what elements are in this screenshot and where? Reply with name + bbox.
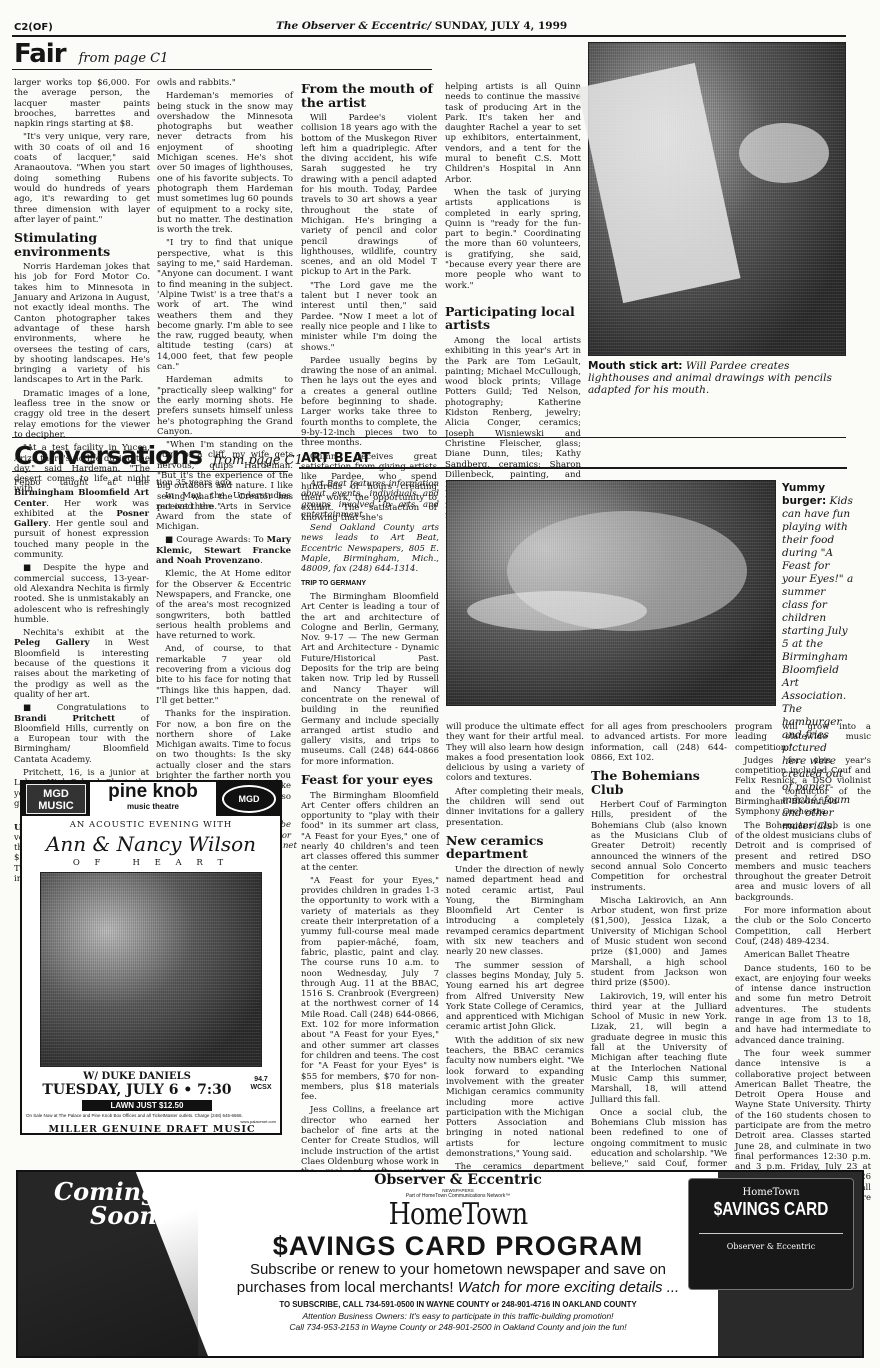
- paragraph: "It's very unique, very rare, with 30 co…: [14, 132, 150, 225]
- paragraph: The Bohemians Club is one of the oldest …: [735, 821, 871, 903]
- plate-shape: [467, 591, 647, 631]
- drawing-paper-shape: [577, 63, 740, 303]
- subhead-bohemians-club: The Bohemians Club: [591, 769, 727, 796]
- savings-center: Observer & Eccentric NEWSPAPERS Part of …: [208, 1172, 708, 1333]
- subhead-trip-to-germany: TRIP TO GERMANY: [301, 579, 439, 589]
- subscribe-line-1: Subscribe or renew to your hometown news…: [208, 1261, 708, 1279]
- conversations-header-rule: [12, 471, 288, 472]
- card-signature-line: [699, 1228, 843, 1234]
- hometown-logo: HomeTown: [246, 1199, 671, 1231]
- paragraph: Judges for this year's competition inclu…: [735, 756, 871, 818]
- art-beat-column-2: will produce the ultimate effect they wa…: [446, 722, 584, 1206]
- subhead-mouth-of-artist: From the mouth of the artist: [301, 82, 437, 109]
- conversations-from-page: from page C1: [213, 453, 303, 468]
- paragraph: Lakirovich, 19, will enter his third yea…: [591, 992, 727, 1105]
- subscribe-line-2: purchases from local merchants! Watch fo…: [208, 1279, 708, 1297]
- paragraph: For more information about the club or t…: [735, 906, 871, 947]
- mgd-circle-logo: MGD: [222, 785, 276, 813]
- art-beat-send-leads: Send Oakland County arts news leads to A…: [301, 523, 439, 574]
- paragraph: Dance students, 160 to be exact, are enj…: [735, 964, 871, 1046]
- art-beat-rule: [299, 467, 847, 469]
- paragraph: Under the direction of newly named depar…: [446, 865, 584, 958]
- paragraph: Hardeman admits to "practically sleep wa…: [157, 375, 293, 437]
- mgd-music-logo: MGD MUSICPRODUCTIONS: [26, 784, 86, 814]
- pardee-photo-caption: Mouth stick art: Will Pardee creates lig…: [588, 360, 850, 396]
- fair-header: Fair from page C1: [14, 39, 168, 69]
- business-owners-line-1: Attention Business Owners: It's easy to …: [208, 1311, 708, 1322]
- subhead-american-ballet-theatre: American Ballet Theatre: [735, 950, 871, 960]
- burger-photo: [446, 480, 776, 706]
- ad-date-time: TUESDAY, JULY 6 • 7:30: [22, 1082, 252, 1098]
- paragraph: Mischa Lakirovich, an Ann Arbor student,…: [591, 896, 727, 989]
- savings-card-image: HomeTown $AVINGS CARD Observer & Eccentr…: [688, 1178, 854, 1290]
- pine-knob-logo: pine knob music theatre: [90, 782, 216, 816]
- savings-program-title: $AVINGS CARD PROGRAM: [208, 1231, 708, 1261]
- caption-lead: Yummy burger:: [782, 482, 826, 507]
- paragraph: larger works top $6,000. For the average…: [14, 78, 150, 129]
- paragraph: "The Lord gave me the talent but I never…: [301, 281, 437, 353]
- page-number: C2(OF): [14, 22, 53, 33]
- ad-intro: AN ACOUSTIC EVENING WITH: [22, 820, 280, 830]
- lawn-price-banner: LAWN JUST $12.50: [82, 1100, 212, 1111]
- ad-opener: W/ DUKE DANIELS: [22, 1071, 252, 1082]
- paragraph: for all ages from preschoolers to advanc…: [591, 722, 727, 763]
- ad-band-name: O F H E A R T: [22, 858, 280, 868]
- paragraph: When the task of jurying artists applica…: [445, 188, 581, 291]
- issue-date: SUNDAY, JULY 4, 1999: [435, 20, 567, 32]
- masthead-paper: The Observer & Eccentric/ SUNDAY, JULY 4…: [276, 20, 567, 32]
- paragraph: With the addition of six new teachers, t…: [446, 1036, 584, 1160]
- face-highlight-shape: [739, 123, 829, 183]
- card-brand: Observer & Eccentric: [689, 1242, 853, 1251]
- conversations-header: Conversations from page C1: [14, 441, 303, 471]
- paragraph: In May, the Understudies received the Ar…: [156, 491, 291, 532]
- paragraph: Nechita's exhibit at the Peleg Gallery i…: [14, 628, 149, 700]
- paragraph: Hardeman's memories of being stuck in th…: [157, 91, 293, 235]
- subscribe-phone-numbers: TO SUBSCRIBE, CALL 734-591-0500 IN WAYNE…: [228, 1297, 688, 1311]
- observer-eccentric-logo: Observer & Eccentric: [208, 1172, 708, 1188]
- art-beat-column-3: for all ages from preschoolers to advanc…: [591, 722, 727, 1234]
- subhead-local-artists: Participating local artists: [445, 305, 581, 332]
- paragraph: Herbert Couf of Farmington Hills, presid…: [591, 800, 727, 893]
- art-beat-column-1: Art Beat features information about even…: [301, 479, 439, 1256]
- paragraph: The summer session of classes begins Mon…: [446, 961, 584, 1033]
- fair-column-1: larger works top $6,000. For the average…: [14, 78, 150, 498]
- paragraph: helping artists is all Quinn needs to co…: [445, 82, 581, 185]
- paragraph: Dramatic images of a lone, leafless tree…: [14, 389, 150, 440]
- art-beat-column-4: program will grow into a leading statewi…: [735, 722, 871, 1217]
- wilson-sisters-photo: [40, 872, 262, 1067]
- subhead-stimulating-environments: Stimulating environments: [14, 231, 150, 258]
- paragraph: Pardee usually begins by drawing the nos…: [301, 356, 437, 449]
- subhead-feast-for-your-eyes: Feast for your eyes: [301, 773, 439, 787]
- art-beat-intro: Art Beat features information about even…: [301, 479, 439, 520]
- card-hometown: HomeTown: [689, 1187, 853, 1198]
- paragraph: will produce the ultimate effect they wa…: [446, 722, 584, 784]
- paragraph: Febbo taught at the Birmingham Bloomfiel…: [14, 478, 149, 560]
- paragraph: program will grow into a leading statewi…: [735, 722, 871, 753]
- paragraph: owls and rabbits.": [157, 78, 293, 88]
- card-title: $AVINGS CARD: [701, 1198, 840, 1220]
- paragraph: tion 35 years ago.: [156, 478, 291, 488]
- paragraph: And, of course, to that remarkable 7 yea…: [156, 644, 291, 706]
- paragraph: ■ Despite the hype and commercial succes…: [14, 563, 149, 625]
- ad-headliner: Ann & Nancy Wilson: [22, 832, 280, 856]
- paragraph: The Birmingham Bloomfield Art Center is …: [301, 592, 439, 767]
- paper-name: The Observer & Eccentric/: [276, 20, 431, 32]
- conversations-kicker: Conversations: [14, 441, 202, 470]
- section-divider: [12, 437, 846, 438]
- art-beat-kicker: ART BEAT: [301, 451, 371, 466]
- paragraph: After completing their meals, the childr…: [446, 787, 584, 828]
- caption-lead: Mouth stick art:: [588, 360, 683, 372]
- paragraph: "A Feast for your Eyes," provides childr…: [301, 876, 439, 1103]
- coming-soon-text: Coming Soon!: [54, 1180, 167, 1228]
- fair-kicker: Fair: [14, 39, 66, 69]
- paragraph: Norris Hardeman jokes that his job for F…: [14, 262, 150, 386]
- ad-sponsor: MILLER GENUINE DRAFT MUSIC: [32, 1124, 272, 1135]
- fair-column-4: helping artists is all Quinn needs to co…: [445, 82, 581, 524]
- fair-header-rule: [12, 69, 432, 70]
- paragraph: "I try to find that unique perspective, …: [157, 238, 293, 372]
- paragraph: Will Pardee's violent collision 18 years…: [301, 113, 437, 278]
- paragraph: Klemic, the At Home editor for the Obser…: [156, 569, 291, 641]
- pardee-photo: [588, 42, 846, 356]
- savings-card-program-ad[interactable]: Coming Soon! Observer & Eccentric NEWSPA…: [16, 1170, 864, 1358]
- pine-knob-concert-ad[interactable]: MGD MUSICPRODUCTIONS pine knob music the…: [20, 780, 282, 1135]
- business-owners-line-2: Call 734-953-2153 in Wayne County or 248…: [208, 1322, 708, 1333]
- paragraph: ■ Courage Awards: To Mary Klemic, Stewar…: [156, 535, 291, 566]
- masthead-rule: [12, 35, 846, 37]
- paragraph: The Birmingham Bloomfield Art Center off…: [301, 791, 439, 873]
- subhead-new-ceramics: New ceramics department: [446, 834, 584, 861]
- radio-station-logo: 94.7 WCSX: [246, 1076, 276, 1092]
- paragraph: ■ Congratulations to Brandi Pritchett of…: [14, 703, 149, 765]
- fair-from-page: from page C1: [79, 51, 169, 66]
